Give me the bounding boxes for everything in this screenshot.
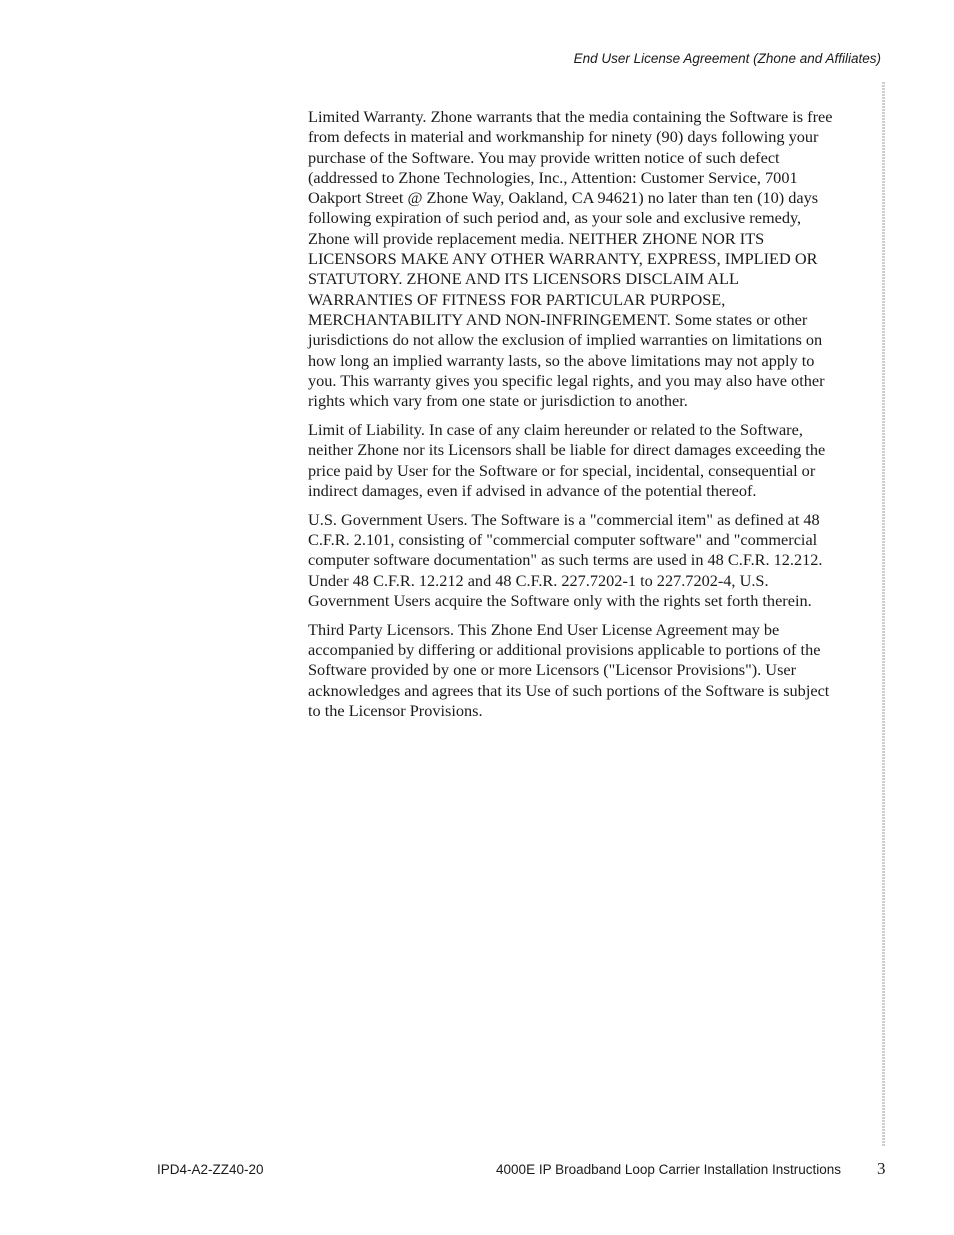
paragraph-third-party-licensors: Third Party Licensors. This Zhone End Us… [308,620,844,721]
paragraph-us-government-users: U.S. Government Users. The Software is a… [308,510,844,611]
footer-doc-title: 4000E IP Broadband Loop Carrier Installa… [496,1162,841,1177]
running-header-title: End User License Agreement (Zhone and Af… [574,51,881,66]
margin-dotted-rule [882,82,885,1146]
page-number: 3 [877,1159,886,1179]
document-body: Limited Warranty. Zhone warrants that th… [308,107,844,730]
page-footer: IPD4-A2-ZZ40-20 4000E IP Broadband Loop … [0,1161,954,1181]
footer-doc-id: IPD4-A2-ZZ40-20 [157,1162,264,1177]
paragraph-limit-of-liability: Limit of Liability. In case of any claim… [308,420,844,501]
paragraph-limited-warranty: Limited Warranty. Zhone warrants that th… [308,107,844,411]
